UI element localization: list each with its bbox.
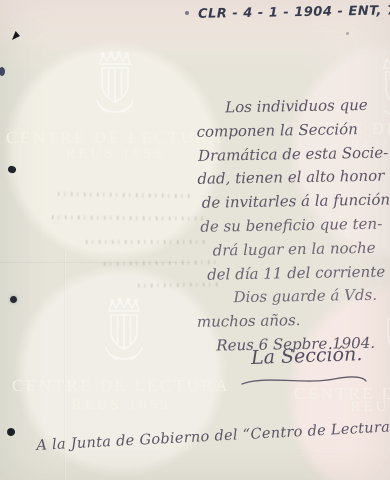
archive-reference-annotation: CLR - 4 - 1 - 1904 - ENT, 74 (198, 3, 390, 22)
scanned-letter-page: Centre de Lectura Reus 1859 Centre de Le… (0, 0, 390, 480)
binding-hole-mark (12, 31, 20, 40)
letter-line: componen la Sección (196, 117, 390, 144)
letter-line: Los individuos que (225, 93, 390, 120)
letter-line: dad, tienen el alto honor (197, 165, 390, 192)
ink-bleedthrough-marks (52, 215, 204, 220)
watermark-organization: Centre de Lectura (12, 376, 230, 396)
ink-bleedthrough-marks (58, 192, 190, 198)
letterhead-crest-icon (97, 297, 151, 363)
letter-line: de su beneficio que ten- (200, 212, 390, 239)
letter-line: Dios guarde á Vds. (233, 284, 390, 311)
letterhead-crest-icon (88, 50, 142, 116)
addressee-line: A la Junta de Gobierno del “Centro de Le… (36, 419, 390, 454)
binding-hole-mark (7, 165, 17, 174)
letter-line: Dramática de esta Socie- (198, 141, 390, 168)
letter-line: muchos años. (197, 308, 390, 335)
letter-line: drá lugar en la noche (212, 236, 390, 263)
letter-line: del día 11 del corriente (207, 260, 390, 287)
ink-speck (185, 11, 189, 15)
watermark-city-year: Reus 1859 (330, 399, 390, 416)
binding-hole-mark (10, 296, 17, 303)
letter-body: Los individuos que componen la Sección D… (188, 93, 390, 358)
ink-speck (346, 32, 349, 35)
binding-hole-mark (0, 67, 5, 76)
signature-flourish (238, 372, 370, 388)
letter-line: de invitarles á la función (202, 189, 390, 216)
signature: La Sección. (251, 343, 363, 369)
binding-hole-mark (6, 427, 16, 437)
watermark-city-year: Reus 1859 (12, 397, 230, 414)
